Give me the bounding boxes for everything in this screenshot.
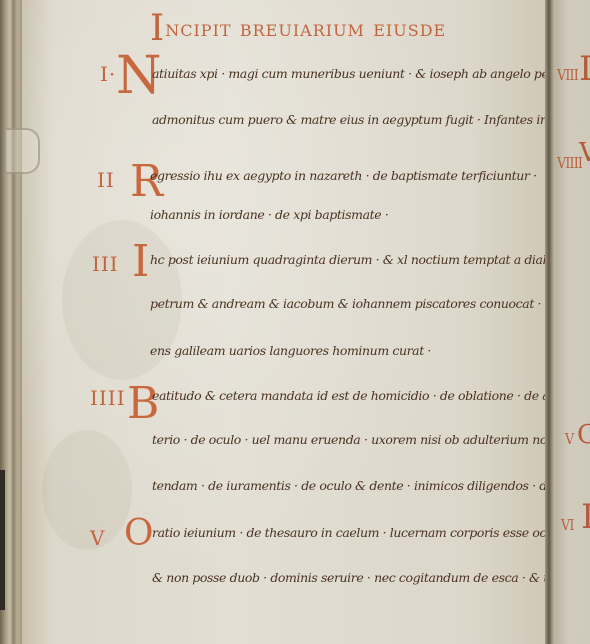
incipit-heading: Incipit breuiarium eiusde [150,4,446,45]
facing-numeral: VIII [557,66,578,84]
facing-initial: V [579,140,590,166]
facing-numeral: VI [561,516,574,534]
heading-initial: I [150,8,165,49]
text-line: petrum & andream & iacobum & iohannem pi… [150,296,590,311]
text-line: tendam · de iuramentis · de oculo & dent… [152,478,590,493]
text-line: hc post ieiunium quadraginta dierum · & … [150,252,575,267]
book-clasp [6,128,40,174]
facing-numeral: V [565,430,573,448]
text-line: admonitus cum puero & matre eius in aegy… [152,112,548,127]
initial-letter: I [132,240,149,284]
text-line: iohannis in iordane · de xpi baptismate … [150,207,388,222]
binding-dark-strip [0,470,5,610]
facing-initial: I [579,52,590,86]
text-line: atiuitas xpi · magi cum muneribus ueniun… [152,66,583,81]
chapter-numeral: IIII [90,386,126,410]
chapter-numeral: V [90,526,105,550]
chapter-numeral: III [92,252,119,276]
heading-text: ncipit breuiarium eiusde [165,16,446,42]
chapter-numeral: I· [100,62,116,86]
text-line: ens galileam uarios languores hominum cu… [150,343,431,358]
page-stain [42,430,132,550]
text-line: & non posse duob · dominis seruire · nec… [152,570,590,585]
text-line: eatitudo & cetera mandata id est de homi… [152,388,568,403]
facing-initial: O [577,422,590,448]
facing-initial: I [581,500,590,534]
page-gutter [545,0,555,644]
text-line: terio · de oculo · uel manu eruenda · ux… [152,432,589,447]
initial-letter: O [124,516,154,552]
facing-page-edge: VIII I VIIII V V O VI I [555,0,590,644]
text-line: ratio ieiunium · de thesauro in caelum ·… [152,525,584,540]
text-line: egressio ihu ex aegypto in nazareth · de… [150,168,537,183]
chapter-numeral: II [97,168,115,192]
